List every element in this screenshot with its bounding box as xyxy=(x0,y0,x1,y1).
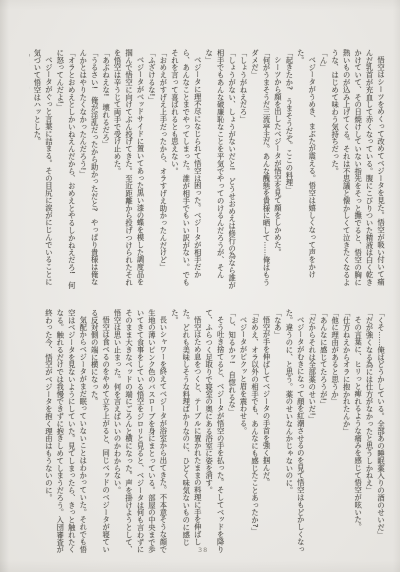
paragraph: 「ベジータ?」 xyxy=(29,49,32,289)
paragraph: ベジータがむきになって顔を紅潮させるのを見て悟空はもどかしくなった。違うのに、と… xyxy=(284,309,307,559)
paragraph: 「ん」 xyxy=(318,49,329,289)
paragraph: ベジータがぐっと言葉に詰まる。その目尻に涙がにじんでいることに気づいて悟空はハッ… xyxy=(32,49,55,289)
paragraph: 「おめえがすげえ上手だったから、オラすげえ助かったんだけど」 xyxy=(158,49,169,289)
paragraph: 「おめえ、オラ以外の相手でも、あんなにも感じたことあったか?」 xyxy=(250,309,261,559)
paragraph: 「何がうまそうだ三流亭主だ。あんな醜態を貴様に晒して……俺はもうダメだ」 xyxy=(250,49,273,289)
paragraph: 悟空が手を伸ばしてベジータの手首を強く掴んだ。 xyxy=(261,309,272,559)
page-number: 38 xyxy=(198,546,208,554)
paragraph: そう吐き捨てると、ベジータが悟空の手を払った。そしてベッドを降りて、ふらつく足取… xyxy=(204,309,227,559)
paragraph: 「なあ」 xyxy=(272,309,283,559)
paragraph: 「オラとおめえとしかいねえんだから、おめえとやるしかねえだろ! 何に怒ってんだよ… xyxy=(55,49,78,289)
paragraph: ベジータがベッドサイドに置いてあった黒い漆の蝶を模した調度品を掴んで悟空に向けて… xyxy=(112,49,146,289)
scanned-book-page: 悟空はシーツをめくって改めてベジータを見た。悟空が吸い付いて痛んだ乳首が充血して… xyxy=(0,0,400,572)
paragraph: 「あぶねえな! 壊れるだろ」 xyxy=(101,49,112,289)
paragraph: 悟空はため息をつくと、テーブルに置かれたままの料理に手を伸ばした。どれも美味しそ… xyxy=(169,309,203,559)
paragraph: ベジータがピクッと眉を震わせる。 xyxy=(238,309,249,559)
paragraph: ベジータに理不尽になじられて悟空は困った。ベジータが相手だから、あんなことまでや… xyxy=(169,49,203,289)
paragraph: 「くそ……俺はどうかしている。全部あの睡眠薬入りの酒のせいだ」 xyxy=(376,309,387,559)
paragraph: 「仕方ねえからオラに抱かれたんか」 xyxy=(341,309,352,559)
paragraph: シーツから顔を出したベジータが悟空を見て顔をしかめた。 xyxy=(272,49,283,289)
paragraph: 「あんなに感じてたろうが!」 xyxy=(318,309,329,559)
text-block-upper: 悟空はシーツをめくって改めてベジータを見た。悟空が吸い付いて痛んだ乳首が充血して… xyxy=(29,49,387,289)
paragraph: 長いシャワーを終えてベジータが浴室から出てきた。不本意そうな顔で生地の薄いピンク… xyxy=(112,309,169,559)
paragraph: ベジータがうめき、まぶたが震える。悟空は嬉しくなって声をかけた。 xyxy=(295,49,318,289)
paragraph: 「起きたか? うまそうだぞ。ここの料理」 xyxy=(284,49,295,289)
paragraph: 悟空は食べるのをやめて立ち上がると、同じベッドのベジータが寝ている反対側の端に横… xyxy=(89,309,112,559)
paragraph: 気配からベジータがまだ眠っていないことはわかっていた。それでも悟空はベジータを見… xyxy=(43,309,89,559)
paragraph: 「うるさい! 俺が淫乱だったから助かっただと? やっぱり貴様は俺なんかとはやりた… xyxy=(78,49,101,289)
paragraph: 「だが強くなる為には仕方がなかったと思うしかねえ」 xyxy=(364,309,375,559)
paragraph: 悟空はシーツをめくって改めてベジータを見た。悟空が吸い付いて痛んだ乳首が充血して… xyxy=(330,49,387,289)
paragraph: 「し、知るかッ! 自惚れるな」 xyxy=(227,309,238,559)
text-block-lower: 「くそ……俺はどうかしている。全部あの睡眠薬入りの酒のせいだ」「だが強くなる為に… xyxy=(29,309,387,559)
paragraph: その言葉に、ヒリっと痺れるような痛みを感じて悟空が呟いた。 xyxy=(353,309,364,559)
paragraph: 「しょうがねえだろ」 xyxy=(238,49,249,289)
paragraph: 「ふざけるな!」 xyxy=(146,49,157,289)
paragraph: 「しょうがない、しょうがないだと! どうせおめえは修行の為なら誰が相手でもあんな… xyxy=(204,49,238,289)
paragraph: 「他に理由があると思うか」 xyxy=(330,309,341,559)
paragraph: 「だからそれは全部薬のせいだ!」 xyxy=(307,309,318,559)
